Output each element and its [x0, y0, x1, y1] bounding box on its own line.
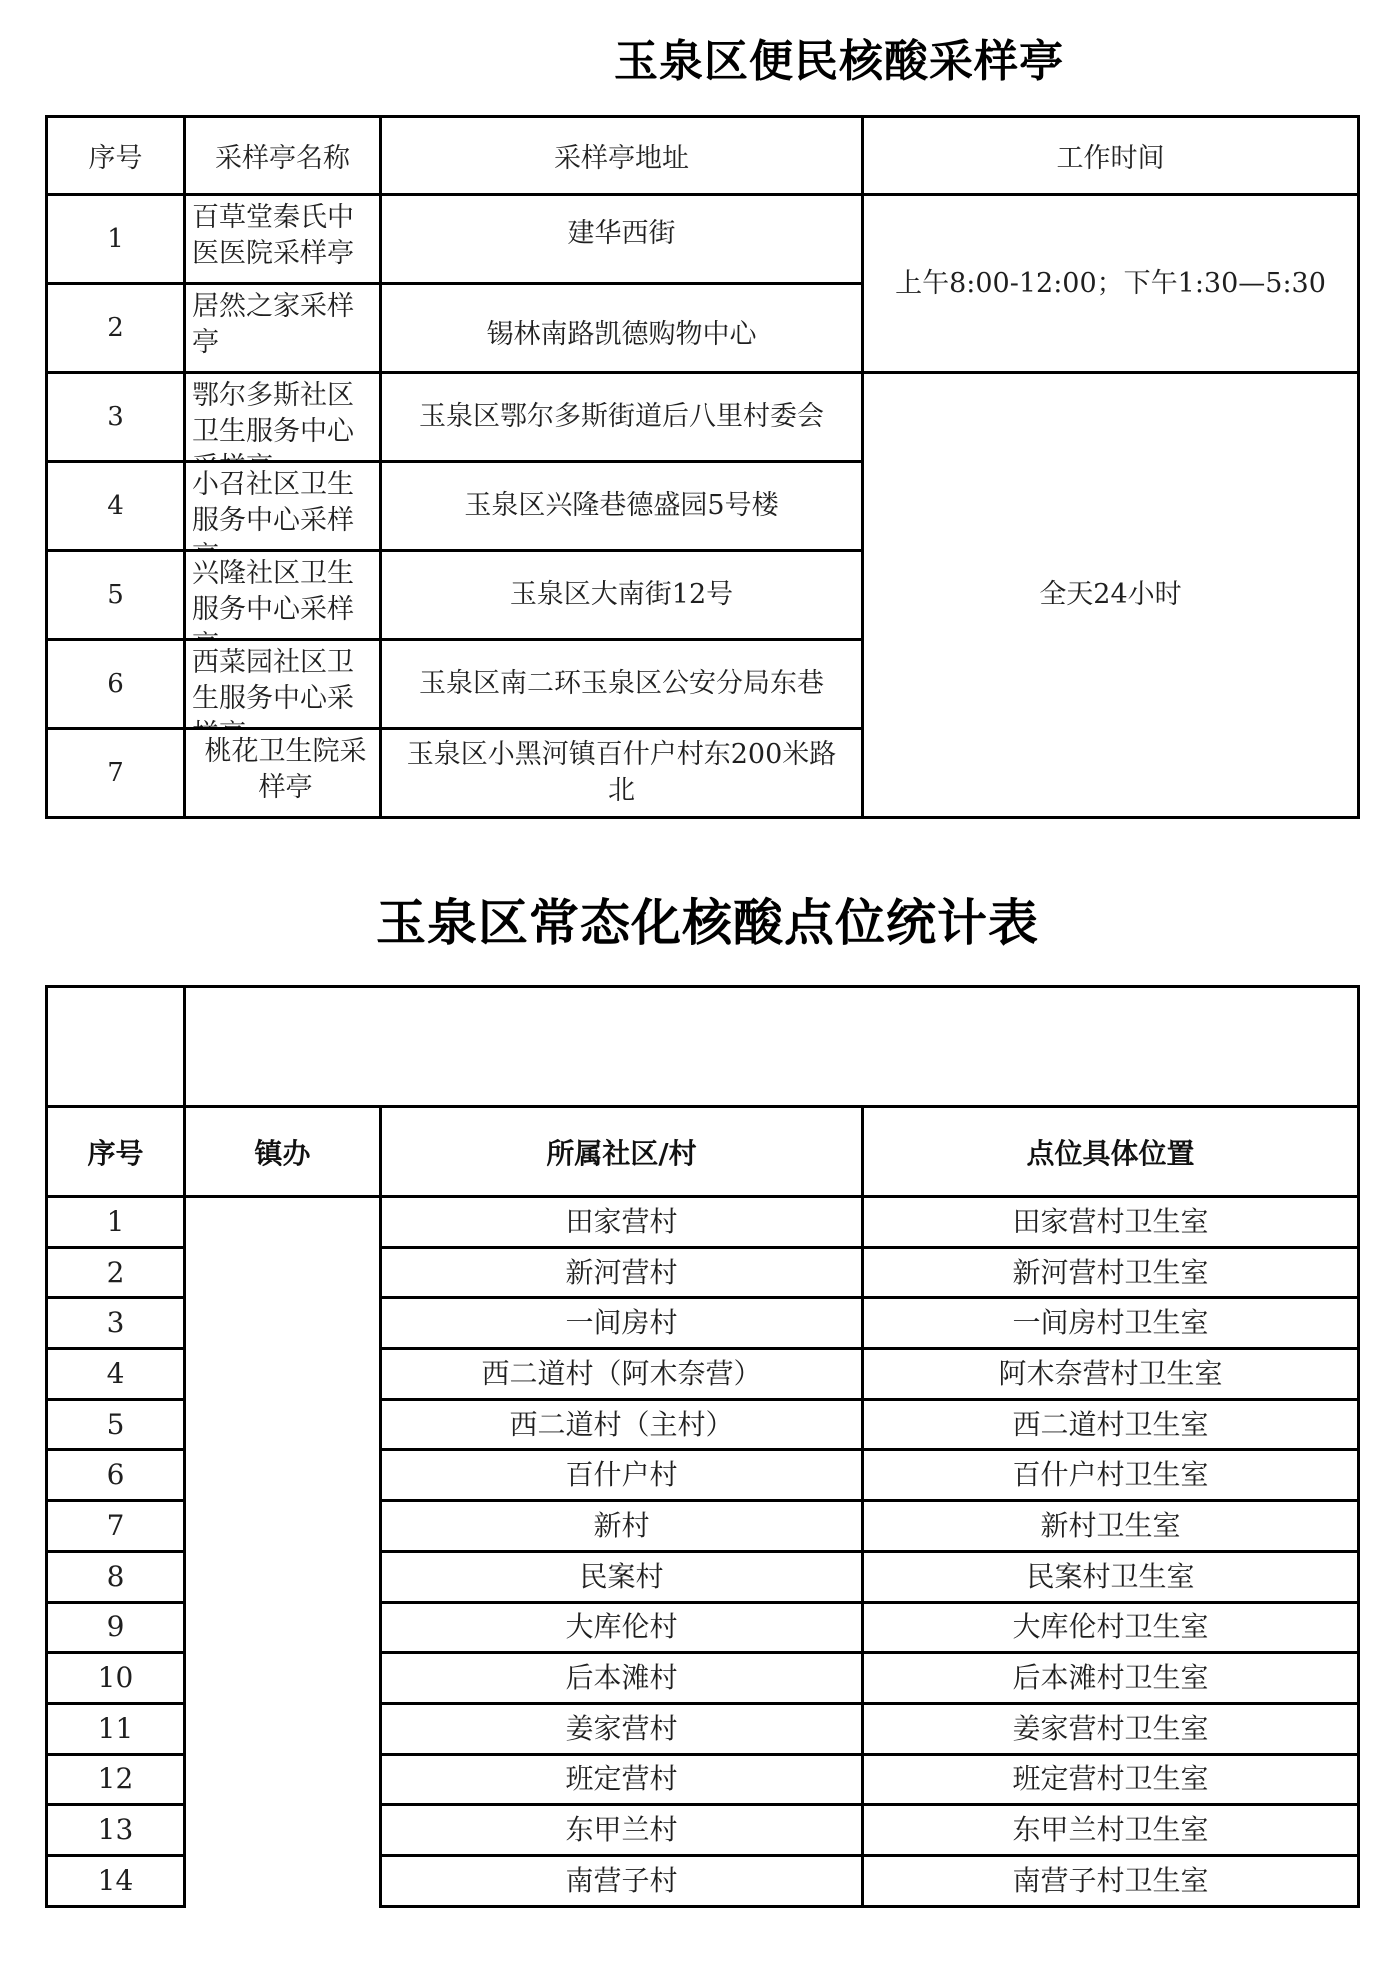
row-booth-name: 鄂尔多斯社区卫生服务中心采样亭 — [185, 373, 381, 462]
row-seq: 12 — [47, 1754, 185, 1805]
row-booth-name: 居然之家采样亭 — [185, 284, 381, 373]
row-location: 田家营村卫生室 — [863, 1197, 1359, 1248]
testing-point-table: 序号 镇办 所属社区/村 点位具体位置 1 田家营村 田家营村卫生室 2 新河营… — [45, 985, 1360, 1908]
row-booth-address: 玉泉区大南街12号 — [381, 551, 863, 640]
row-seq: 7 — [47, 729, 185, 818]
row-village: 后本滩村 — [381, 1653, 863, 1704]
booth-name-text: 小召社区卫生服务中心采样亭 — [192, 463, 379, 549]
row-village: 新村 — [381, 1501, 863, 1552]
row-village: 大库伦村 — [381, 1602, 863, 1653]
row-booth-address: 锡林南路凯德购物中心 — [381, 284, 863, 373]
row-seq: 5 — [47, 1399, 185, 1450]
row-seq: 11 — [47, 1703, 185, 1754]
row-location: 民案村卫生室 — [863, 1551, 1359, 1602]
table1-header-row: 序号 采样亭名称 采样亭地址 工作时间 — [47, 117, 1359, 195]
row-location: 新河营村卫生室 — [863, 1247, 1359, 1298]
row-seq: 2 — [47, 284, 185, 373]
row-seq: 1 — [47, 1197, 185, 1248]
row-location: 东甲兰村卫生室 — [863, 1805, 1359, 1856]
row-village: 班定营村 — [381, 1754, 863, 1805]
row-village: 西二道村（阿木奈营） — [381, 1349, 863, 1400]
booth-name-text: 百草堂秦氏中医医院采样亭 — [192, 196, 379, 282]
table-row: 1 田家营村 田家营村卫生室 — [47, 1197, 1359, 1248]
table-row: 3 鄂尔多斯社区卫生服务中心采样亭 玉泉区鄂尔多斯街道后八里村委会 全天24小时 — [47, 373, 1359, 462]
row-village: 东甲兰村 — [381, 1805, 863, 1856]
row-village: 南营子村 — [381, 1855, 863, 1906]
row-booth-address: 玉泉区南二环玉泉区公安分局东巷 — [381, 640, 863, 729]
row-seq: 9 — [47, 1602, 185, 1653]
row-seq: 1 — [47, 195, 185, 284]
row-location: 西二道村卫生室 — [863, 1399, 1359, 1450]
table1-title: 玉泉区便民核酸采样亭 — [614, 36, 1064, 88]
row-location: 阿木奈营村卫生室 — [863, 1349, 1359, 1400]
row-village: 一间房村 — [381, 1298, 863, 1349]
row-seq: 3 — [47, 373, 185, 462]
booth-name-text: 居然之家采样亭 — [192, 285, 379, 371]
row-seq: 4 — [47, 1349, 185, 1400]
row-location: 南营子村卫生室 — [863, 1855, 1359, 1906]
table2-blank-top-row — [47, 987, 1359, 1107]
row-village: 田家营村 — [381, 1197, 863, 1248]
header-point-location: 点位具体位置 — [863, 1107, 1359, 1197]
row-location: 一间房村卫生室 — [863, 1298, 1359, 1349]
row-booth-name: 百草堂秦氏中医医院采样亭 — [185, 195, 381, 284]
booth-name-text: 西菜园社区卫生服务中心采样亭 — [192, 641, 379, 727]
row-location: 百什户村卫生室 — [863, 1450, 1359, 1501]
row-booth-name: 西菜园社区卫生服务中心采样亭 — [185, 640, 381, 729]
row-location: 后本滩村卫生室 — [863, 1653, 1359, 1704]
blank-merged-cell — [185, 987, 1359, 1107]
header-seq: 序号 — [47, 117, 185, 195]
row-booth-name: 桃花卫生院采样亭 — [185, 729, 381, 818]
town-office-merged-cell — [185, 1197, 381, 1907]
sampling-booth-table: 序号 采样亭名称 采样亭地址 工作时间 1 百草堂秦氏中医医院采样亭 建华西街 … — [45, 115, 1360, 819]
row-seq: 13 — [47, 1805, 185, 1856]
booth-name-text: 兴隆社区卫生服务中心采样亭 — [192, 552, 379, 638]
row-seq: 3 — [47, 1298, 185, 1349]
working-hours-allday: 全天24小时 — [863, 373, 1359, 818]
row-seq: 10 — [47, 1653, 185, 1704]
row-booth-address: 玉泉区鄂尔多斯街道后八里村委会 — [381, 373, 863, 462]
header-community-village: 所属社区/村 — [381, 1107, 863, 1197]
row-seq: 8 — [47, 1551, 185, 1602]
row-seq: 2 — [47, 1247, 185, 1298]
header-booth-name: 采样亭名称 — [185, 117, 381, 195]
row-location: 新村卫生室 — [863, 1501, 1359, 1552]
working-hours-daytime: 上午8:00-12:00；下午1:30—5:30 — [863, 195, 1359, 373]
row-location: 姜家营村卫生室 — [863, 1703, 1359, 1754]
row-village: 姜家营村 — [381, 1703, 863, 1754]
row-seq: 6 — [47, 640, 185, 729]
booth-name-text: 鄂尔多斯社区卫生服务中心采样亭 — [192, 374, 379, 460]
row-seq: 14 — [47, 1855, 185, 1906]
row-booth-address: 建华西街 — [381, 195, 863, 284]
row-booth-address: 玉泉区兴隆巷德盛园5号楼 — [381, 462, 863, 551]
row-seq: 5 — [47, 551, 185, 640]
row-location: 大库伦村卫生室 — [863, 1602, 1359, 1653]
table-row: 1 百草堂秦氏中医医院采样亭 建华西街 上午8:00-12:00；下午1:30—… — [47, 195, 1359, 284]
row-village: 新河营村 — [381, 1247, 863, 1298]
row-seq: 7 — [47, 1501, 185, 1552]
row-village: 西二道村（主村） — [381, 1399, 863, 1450]
row-village: 民案村 — [381, 1551, 863, 1602]
row-booth-name: 兴隆社区卫生服务中心采样亭 — [185, 551, 381, 640]
table2-title: 玉泉区常态化核酸点位统计表 — [376, 894, 1039, 952]
row-seq: 6 — [47, 1450, 185, 1501]
table2-header-row: 序号 镇办 所属社区/村 点位具体位置 — [47, 1107, 1359, 1197]
row-village: 百什户村 — [381, 1450, 863, 1501]
row-booth-address: 玉泉区小黑河镇百什户村东200米路北 — [381, 729, 863, 818]
row-seq: 4 — [47, 462, 185, 551]
header-booth-address: 采样亭地址 — [381, 117, 863, 195]
header-working-hours: 工作时间 — [863, 117, 1359, 195]
row-booth-name: 小召社区卫生服务中心采样亭 — [185, 462, 381, 551]
booth-name-text: 桃花卫生院采样亭 — [192, 730, 379, 816]
header-seq: 序号 — [47, 1107, 185, 1197]
row-location: 班定营村卫生室 — [863, 1754, 1359, 1805]
blank-cell — [47, 987, 185, 1107]
header-town-office: 镇办 — [185, 1107, 381, 1197]
